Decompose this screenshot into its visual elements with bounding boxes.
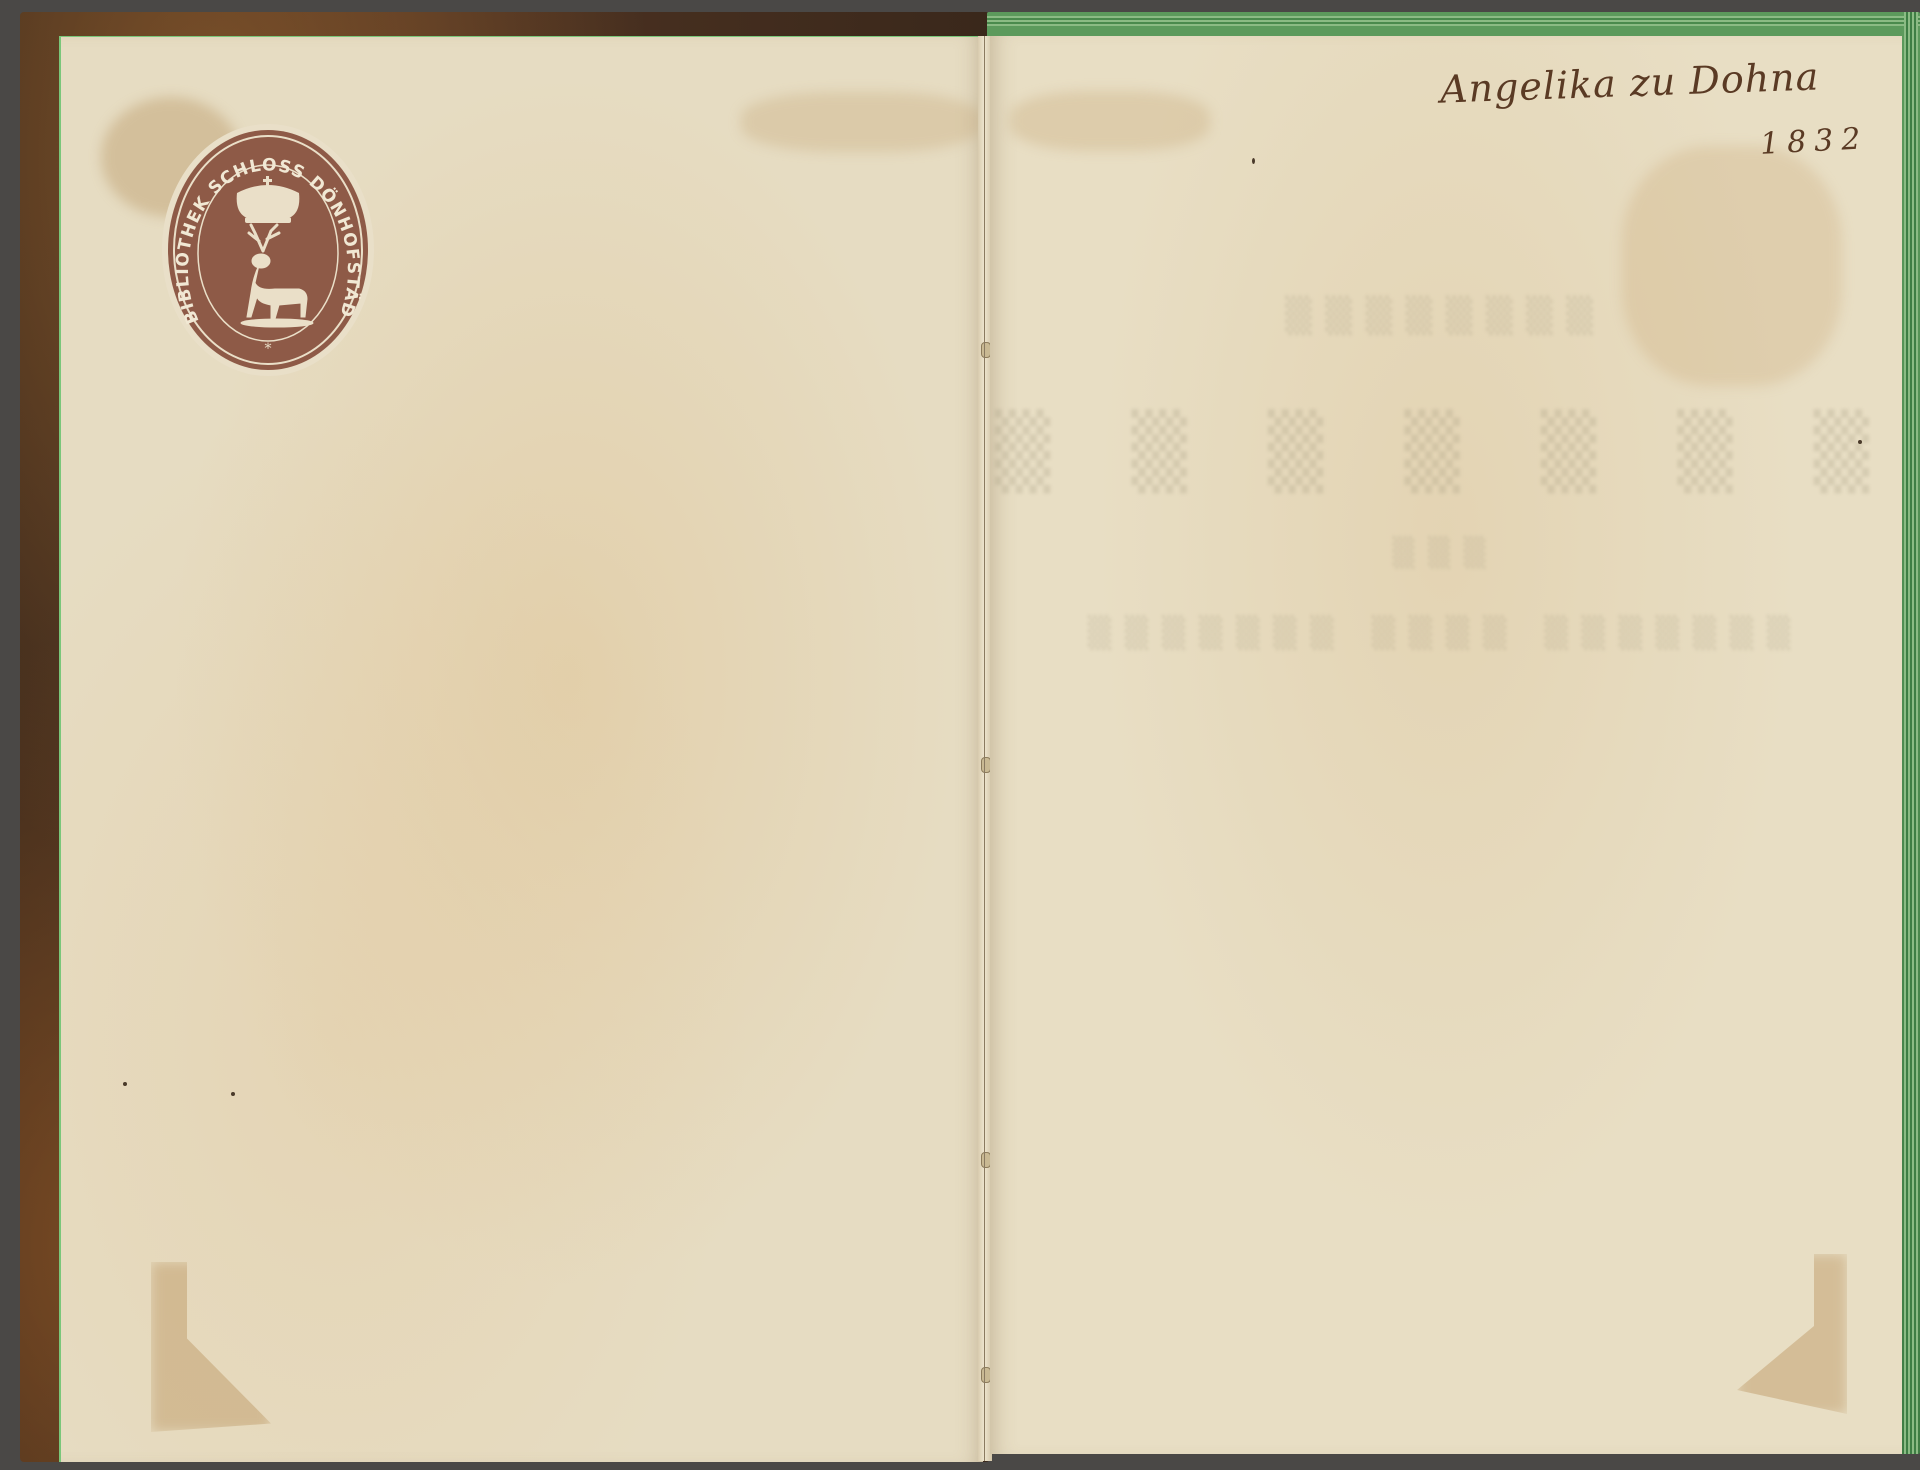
- show-through-text: ▒ ▒ ▒ ▒ ▒ ▒ ▒: [990, 408, 1902, 493]
- water-stain-corner: [1737, 1254, 1847, 1414]
- left-endpaper: BIBLIOTHEK SCHLOSS DÖNHOFSTÄDT *: [59, 36, 983, 1462]
- foxing-spot: [123, 1082, 127, 1086]
- water-stain: [1622, 146, 1842, 386]
- foxing-spot: [1858, 440, 1862, 444]
- water-stain-corner: [151, 1262, 271, 1432]
- foxing-spot: [1252, 158, 1255, 164]
- water-stain: [1010, 91, 1210, 151]
- show-through-text: ▒▒▒▒▒▒▒▒: [990, 296, 1902, 336]
- ownership-inscription: Angelika zu Dohna: [1439, 54, 1820, 111]
- show-through-text: ▒▒▒: [990, 536, 1902, 569]
- inscription-year: 1832: [1759, 121, 1869, 162]
- stamp-star: *: [265, 341, 272, 357]
- foxing-spot: [231, 1092, 235, 1096]
- water-stain: [741, 92, 981, 152]
- open-book: BIBLIOTHEK SCHLOSS DÖNHOFSTÄDT *: [12, 12, 1920, 1462]
- show-through-text: ▒▒▒▒▒▒▒ ▒▒▒▒ ▒▒▒▒▒▒▒: [990, 616, 1902, 651]
- right-flyleaf: ▒▒▒▒▒▒▒▒ ▒ ▒ ▒ ▒ ▒ ▒ ▒ ▒▒▒ ▒▒▒▒▒▒▒ ▒▒▒▒ …: [990, 36, 1902, 1454]
- library-stamp: BIBLIOTHEK SCHLOSS DÖNHOFSTÄDT *: [159, 121, 377, 379]
